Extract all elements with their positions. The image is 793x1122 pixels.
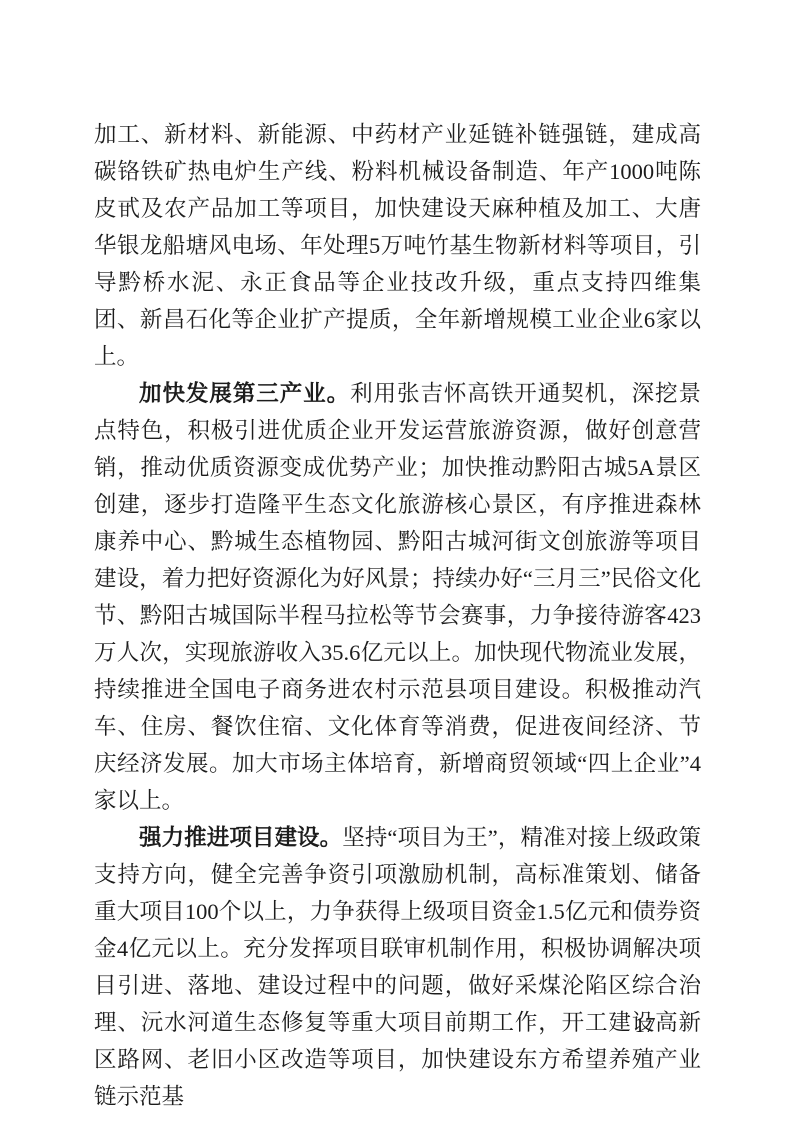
paragraph-project-construction: 强力推进项目建设。坚持“项目为王”，精准对接上级政策支持方向，健全完善争资引项激…	[94, 819, 701, 1115]
paragraph-lead: 强力推进项目建设。	[139, 825, 342, 850]
paragraph-text: 加工、新材料、新能源、中药材产业延链补链强链，建成高碳铬铁矿热电炉生产线、粉料机…	[94, 122, 701, 369]
paragraph-tertiary-industry: 加快发展第三产业。利用张吉怀高铁开通契机，深挖景点特色，积极引进优质企业开发运营…	[94, 375, 701, 819]
page-number: 17	[617, 1012, 673, 1038]
paragraph-lead: 加快发展第三产业。	[139, 381, 350, 406]
paragraph-industry-projects: 加工、新材料、新能源、中药材产业延链补链强链，建成高碳铬铁矿热电炉生产线、粉料机…	[94, 116, 701, 375]
body-text: 加工、新材料、新能源、中药材产业延链补链强链，建成高碳铬铁矿热电炉生产线、粉料机…	[94, 116, 701, 1115]
document-page: 加工、新材料、新能源、中药材产业延链补链强链，建成高碳铬铁矿热电炉生产线、粉料机…	[0, 0, 793, 1122]
paragraph-text: 利用张吉怀高铁开通契机，深挖景点特色，积极引进优质企业开发运营旅游资源，做好创意…	[94, 381, 701, 813]
paragraph-text: 坚持“项目为王”，精准对接上级政策支持方向，健全完善争资引项激励机制，高标准策划…	[94, 825, 701, 1109]
